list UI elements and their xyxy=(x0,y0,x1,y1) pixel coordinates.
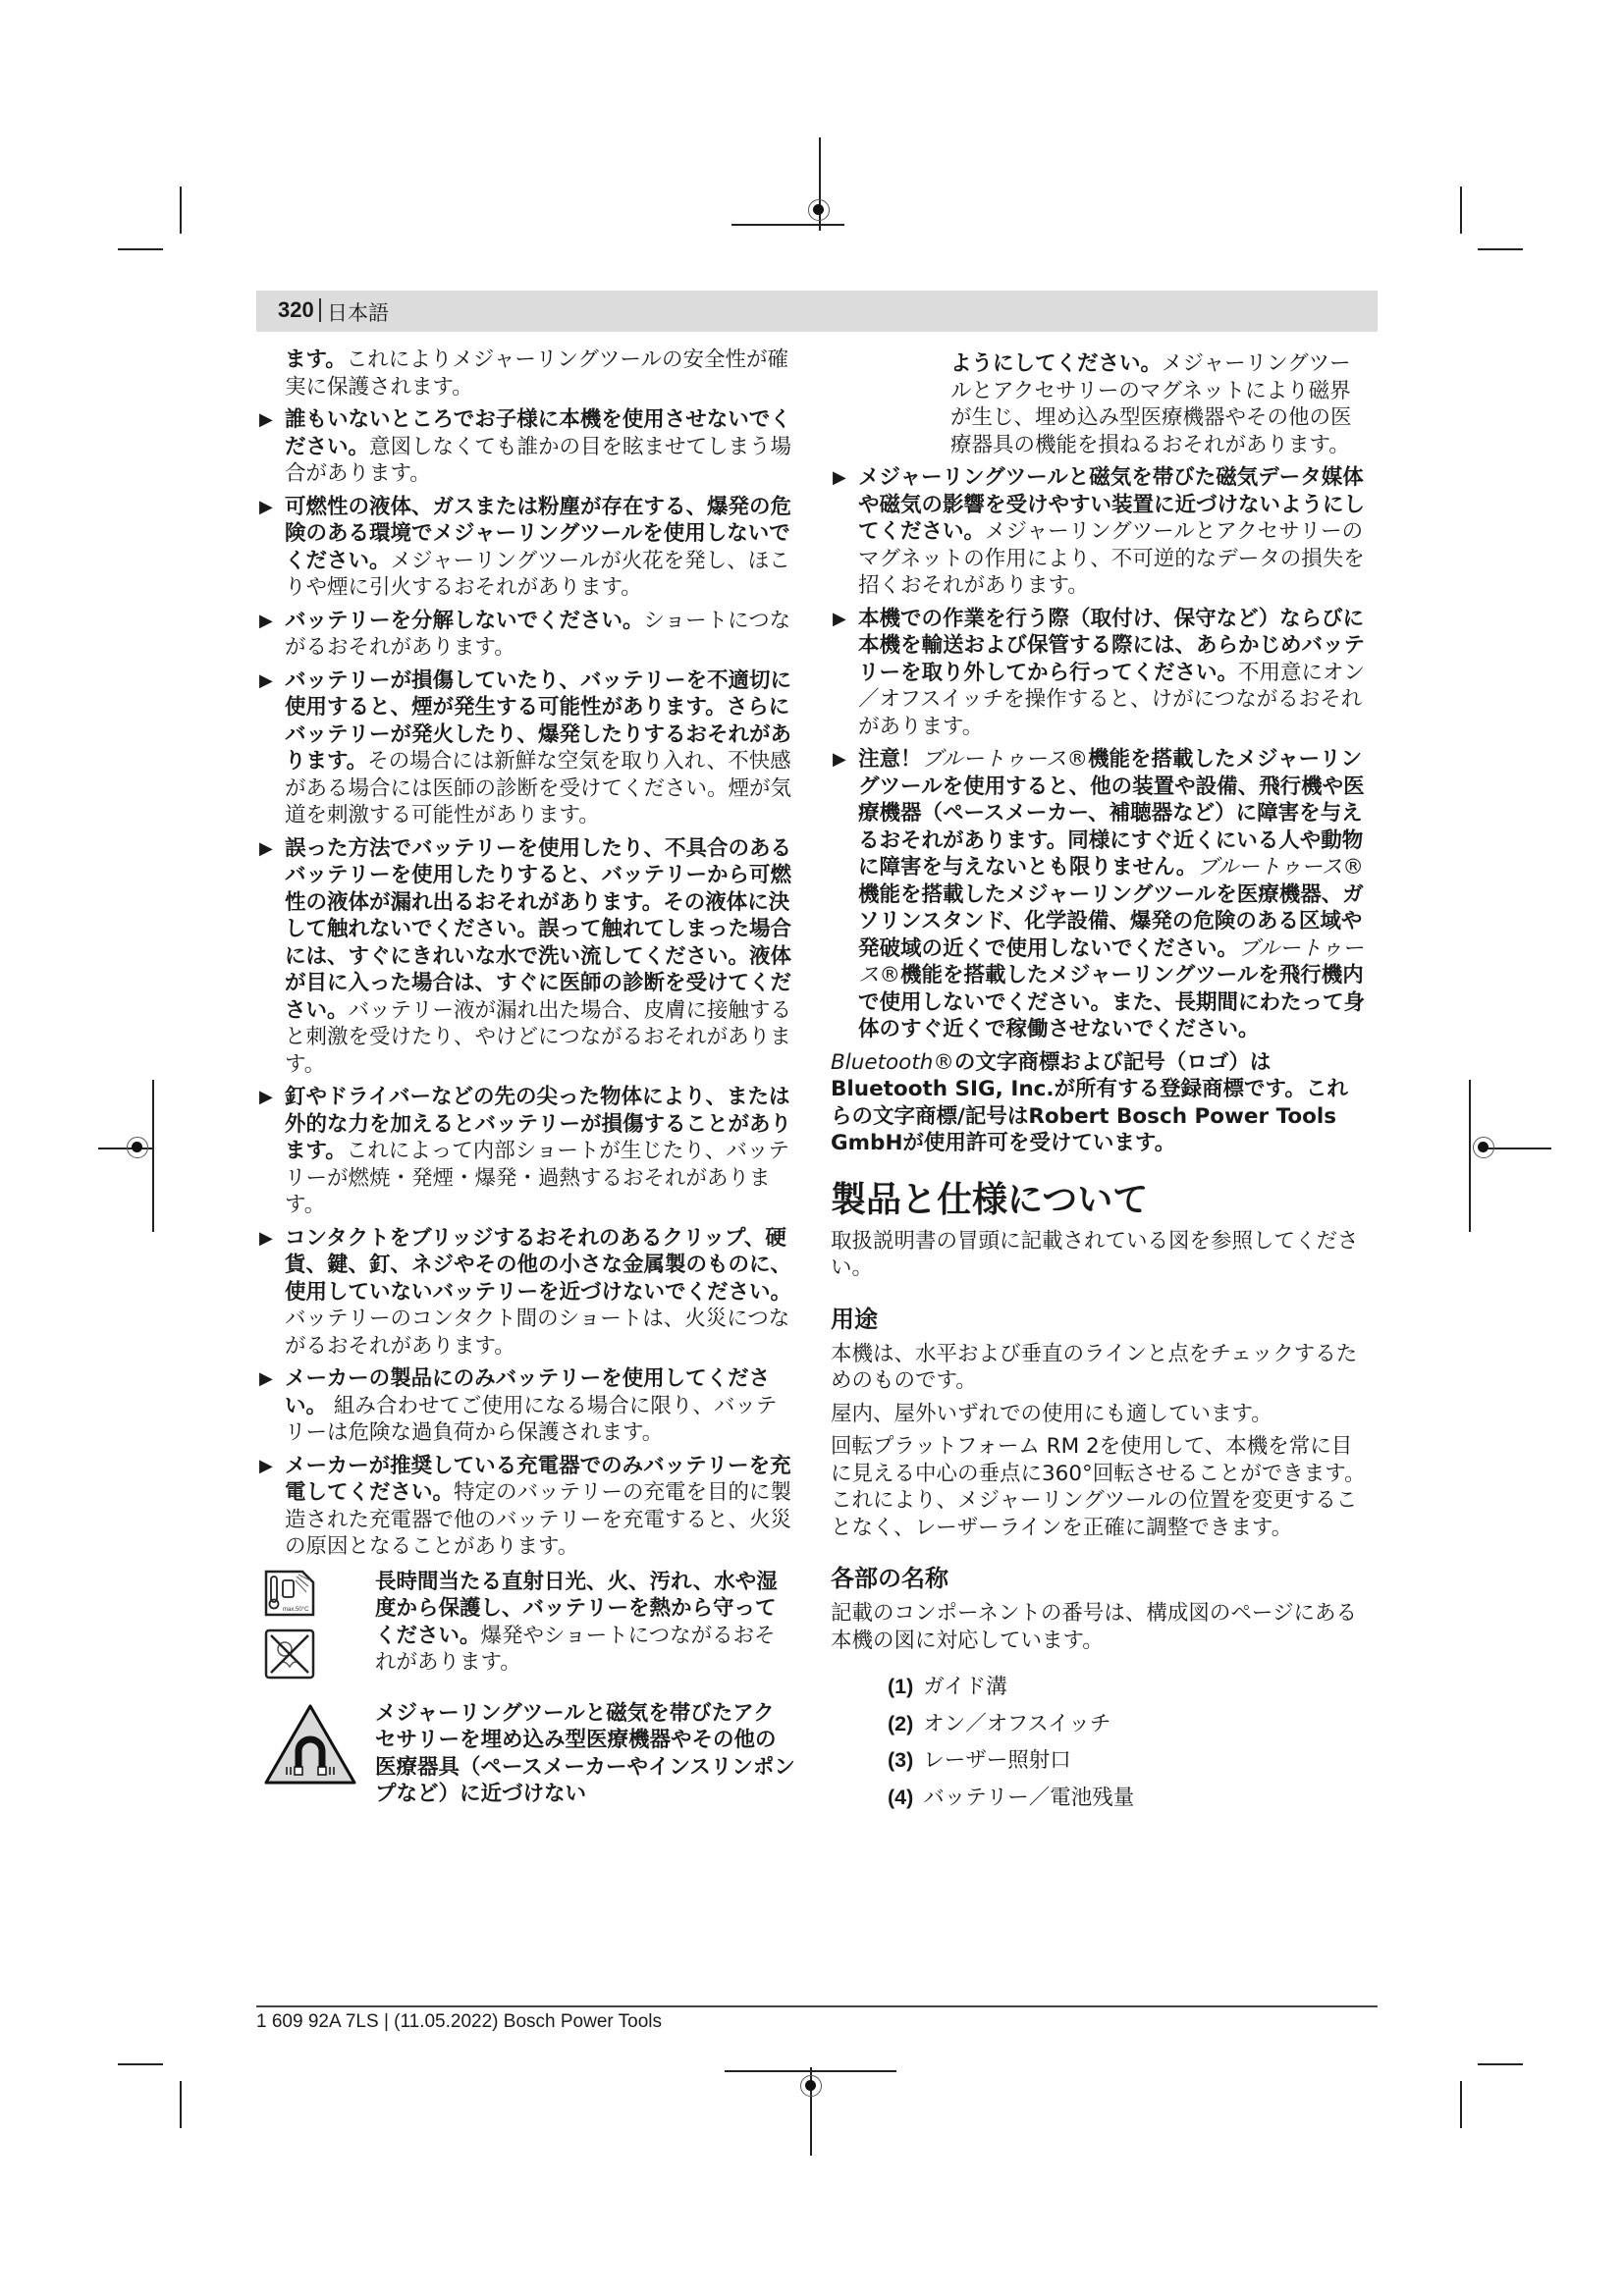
heat-water-warning: max.50°C 長時間当たる直射日光、火、汚れ、水や湿度から保護し、バッテリー… xyxy=(257,1569,795,1686)
page-header: 320 日本語 xyxy=(256,291,1378,332)
component-item: (4)バッテリー／電池残量 xyxy=(888,1785,1369,1812)
bullet-arrow-icon: ▶ xyxy=(259,1365,273,1393)
component-item: (3)レーザー照射口 xyxy=(888,1747,1369,1775)
section-intro: 取扱説明書の冒頭に記載されている図を参照してください。 xyxy=(831,1228,1369,1282)
bullet-arrow-icon: ▶ xyxy=(259,835,273,863)
components-list: (1)ガイド溝 (2)オン／オフスイッチ (3)レーザー照射口 (4)バッテリー… xyxy=(888,1674,1369,1811)
header-divider xyxy=(319,298,321,322)
component-item: (1)ガイド溝 xyxy=(888,1674,1369,1701)
bluetooth-trademark-notice: Bluetooth®の文字商標および記号（ロゴ）はBluetooth SIG, … xyxy=(831,1049,1369,1157)
crop-mark xyxy=(1460,187,1462,234)
components-heading: 各部の名称 xyxy=(831,1563,1369,1594)
bluetooth-warning-bullet: ▶注意！ブルートゥース®機能を搭載したメジャーリングツールを使用すると、他の装置… xyxy=(831,746,1369,1043)
svg-text:max.50°C: max.50°C xyxy=(283,1607,309,1613)
safety-bullet: ▶コンタクトをブリッジするおそれのあるクリップ、硬貨、鍵、釘、ネジやその他の小さ… xyxy=(257,1225,795,1361)
left-column: ます。これによりメジャーリングツールの安全性が確実に保護されます。 ▶誰もいない… xyxy=(257,347,795,1818)
registration-target-icon xyxy=(1473,1137,1494,1158)
magnet-warning-icon xyxy=(263,1702,357,1794)
safety-bullet: ▶メーカーの製品にのみバッテリーを使用してください。 組み合わせてご使用になる場… xyxy=(257,1365,795,1447)
usage-heading: 用途 xyxy=(831,1304,1369,1335)
page-number: 320 xyxy=(278,297,314,323)
safety-bullet: ▶バッテリーが損傷していたり、バッテリーを不適切に使用すると、煙が発生する可能性… xyxy=(257,667,795,829)
bullet-arrow-icon: ▶ xyxy=(259,608,273,635)
heat-sunlight-warning-icon: max.50°C xyxy=(263,1569,316,1626)
bullet-arrow-icon: ▶ xyxy=(833,606,846,633)
crop-mark xyxy=(180,187,182,234)
footer-divider xyxy=(256,2005,1378,2007)
registration-line xyxy=(1488,1148,1551,1149)
bullet-arrow-icon: ▶ xyxy=(833,746,846,774)
safety-bullet: ▶誤った方法でバッテリーを使用したり、不具合のあるバッテリーを使用したりすると、… xyxy=(257,835,795,1079)
safety-bullet: ▶メジャーリングツールと磁気を帯びた磁気データ媒体や磁気の影響を受けやすい装置に… xyxy=(831,464,1369,600)
bullet-arrow-icon: ▶ xyxy=(259,1084,273,1111)
crop-mark xyxy=(1460,2081,1462,2128)
safety-bullet: ▶メーカーが推奨している充電器でのみバッテリーを充電してください。特定のバッテリ… xyxy=(257,1453,795,1561)
usage-paragraph: 本機は、水平および垂直のラインと点をチェックするためのものです。 xyxy=(831,1341,1369,1395)
safety-bullet: ▶可燃性の液体、ガスまたは粉塵が存在する、爆発の危険のある環境でメジャーリングツ… xyxy=(257,494,795,602)
bullet-arrow-icon: ▶ xyxy=(833,464,846,492)
section-title: 製品と仕様について xyxy=(831,1179,1369,1222)
safety-bullet: ▶本機での作業を行う際（取付け、保守など）ならびに本機を輸送および保管する際には… xyxy=(831,606,1369,741)
safety-bullet: ▶バッテリーを分解しないでください。ショートにつながるおそれがあります。 xyxy=(257,608,795,662)
crop-mark xyxy=(1478,248,1523,250)
registration-target-icon xyxy=(800,2075,822,2097)
right-column: ようにしてください。メジャーリングツールとアクセサリーのマグネットにより磁界が生… xyxy=(831,350,1369,1821)
language-label: 日本語 xyxy=(327,297,389,327)
crop-mark xyxy=(1478,2063,1523,2065)
registration-line xyxy=(731,224,844,226)
crop-mark xyxy=(180,2081,182,2128)
usage-paragraph: 回転プラットフォーム RM 2を使用して、本機を常に目に見える中心の垂点に360… xyxy=(831,1433,1369,1541)
safety-bullet: ▶誰もいないところでお子様に本機を使用させないでください。意図しなくても誰かの目… xyxy=(257,406,795,488)
no-water-fire-icon xyxy=(263,1628,316,1688)
bullet-arrow-icon: ▶ xyxy=(259,667,273,695)
bullet-arrow-icon: ▶ xyxy=(259,1453,273,1480)
crop-mark xyxy=(118,2063,163,2065)
registration-line xyxy=(1469,1080,1471,1232)
components-intro: 記載のコンポーネントの番号は、構成図のページにある本機の図に対応しています。 xyxy=(831,1600,1369,1654)
bullet-arrow-icon: ▶ xyxy=(259,406,273,434)
safety-bullet: ▶釘やドライバーなどの先の尖った物体により、または外的な力を加えるとバッテリーが… xyxy=(257,1084,795,1219)
intro-continuation: ます。これによりメジャーリングツールの安全性が確実に保護されます。 xyxy=(257,347,795,400)
registration-target-icon xyxy=(808,199,830,221)
magnet-warning-continuation: ようにしてください。メジャーリングツールとアクセサリーのマグネットにより磁界が生… xyxy=(831,350,1369,458)
crop-mark xyxy=(118,248,163,250)
component-item: (2)オン／オフスイッチ xyxy=(888,1711,1369,1738)
usage-paragraph: 屋内、屋外いずれでの使用にも適しています。 xyxy=(831,1401,1369,1428)
bullet-arrow-icon: ▶ xyxy=(259,494,273,521)
registration-target-icon xyxy=(127,1137,148,1158)
magnet-warning: メジャーリングツールと磁気を帯びたアクセサリーを埋め込み型医療機器やその他の医療… xyxy=(257,1700,795,1808)
page-footer: 1 609 92A 7LS | (11.05.2022) Bosch Power… xyxy=(256,2011,662,2033)
bullet-arrow-icon: ▶ xyxy=(259,1225,273,1253)
registration-line xyxy=(152,1080,154,1232)
